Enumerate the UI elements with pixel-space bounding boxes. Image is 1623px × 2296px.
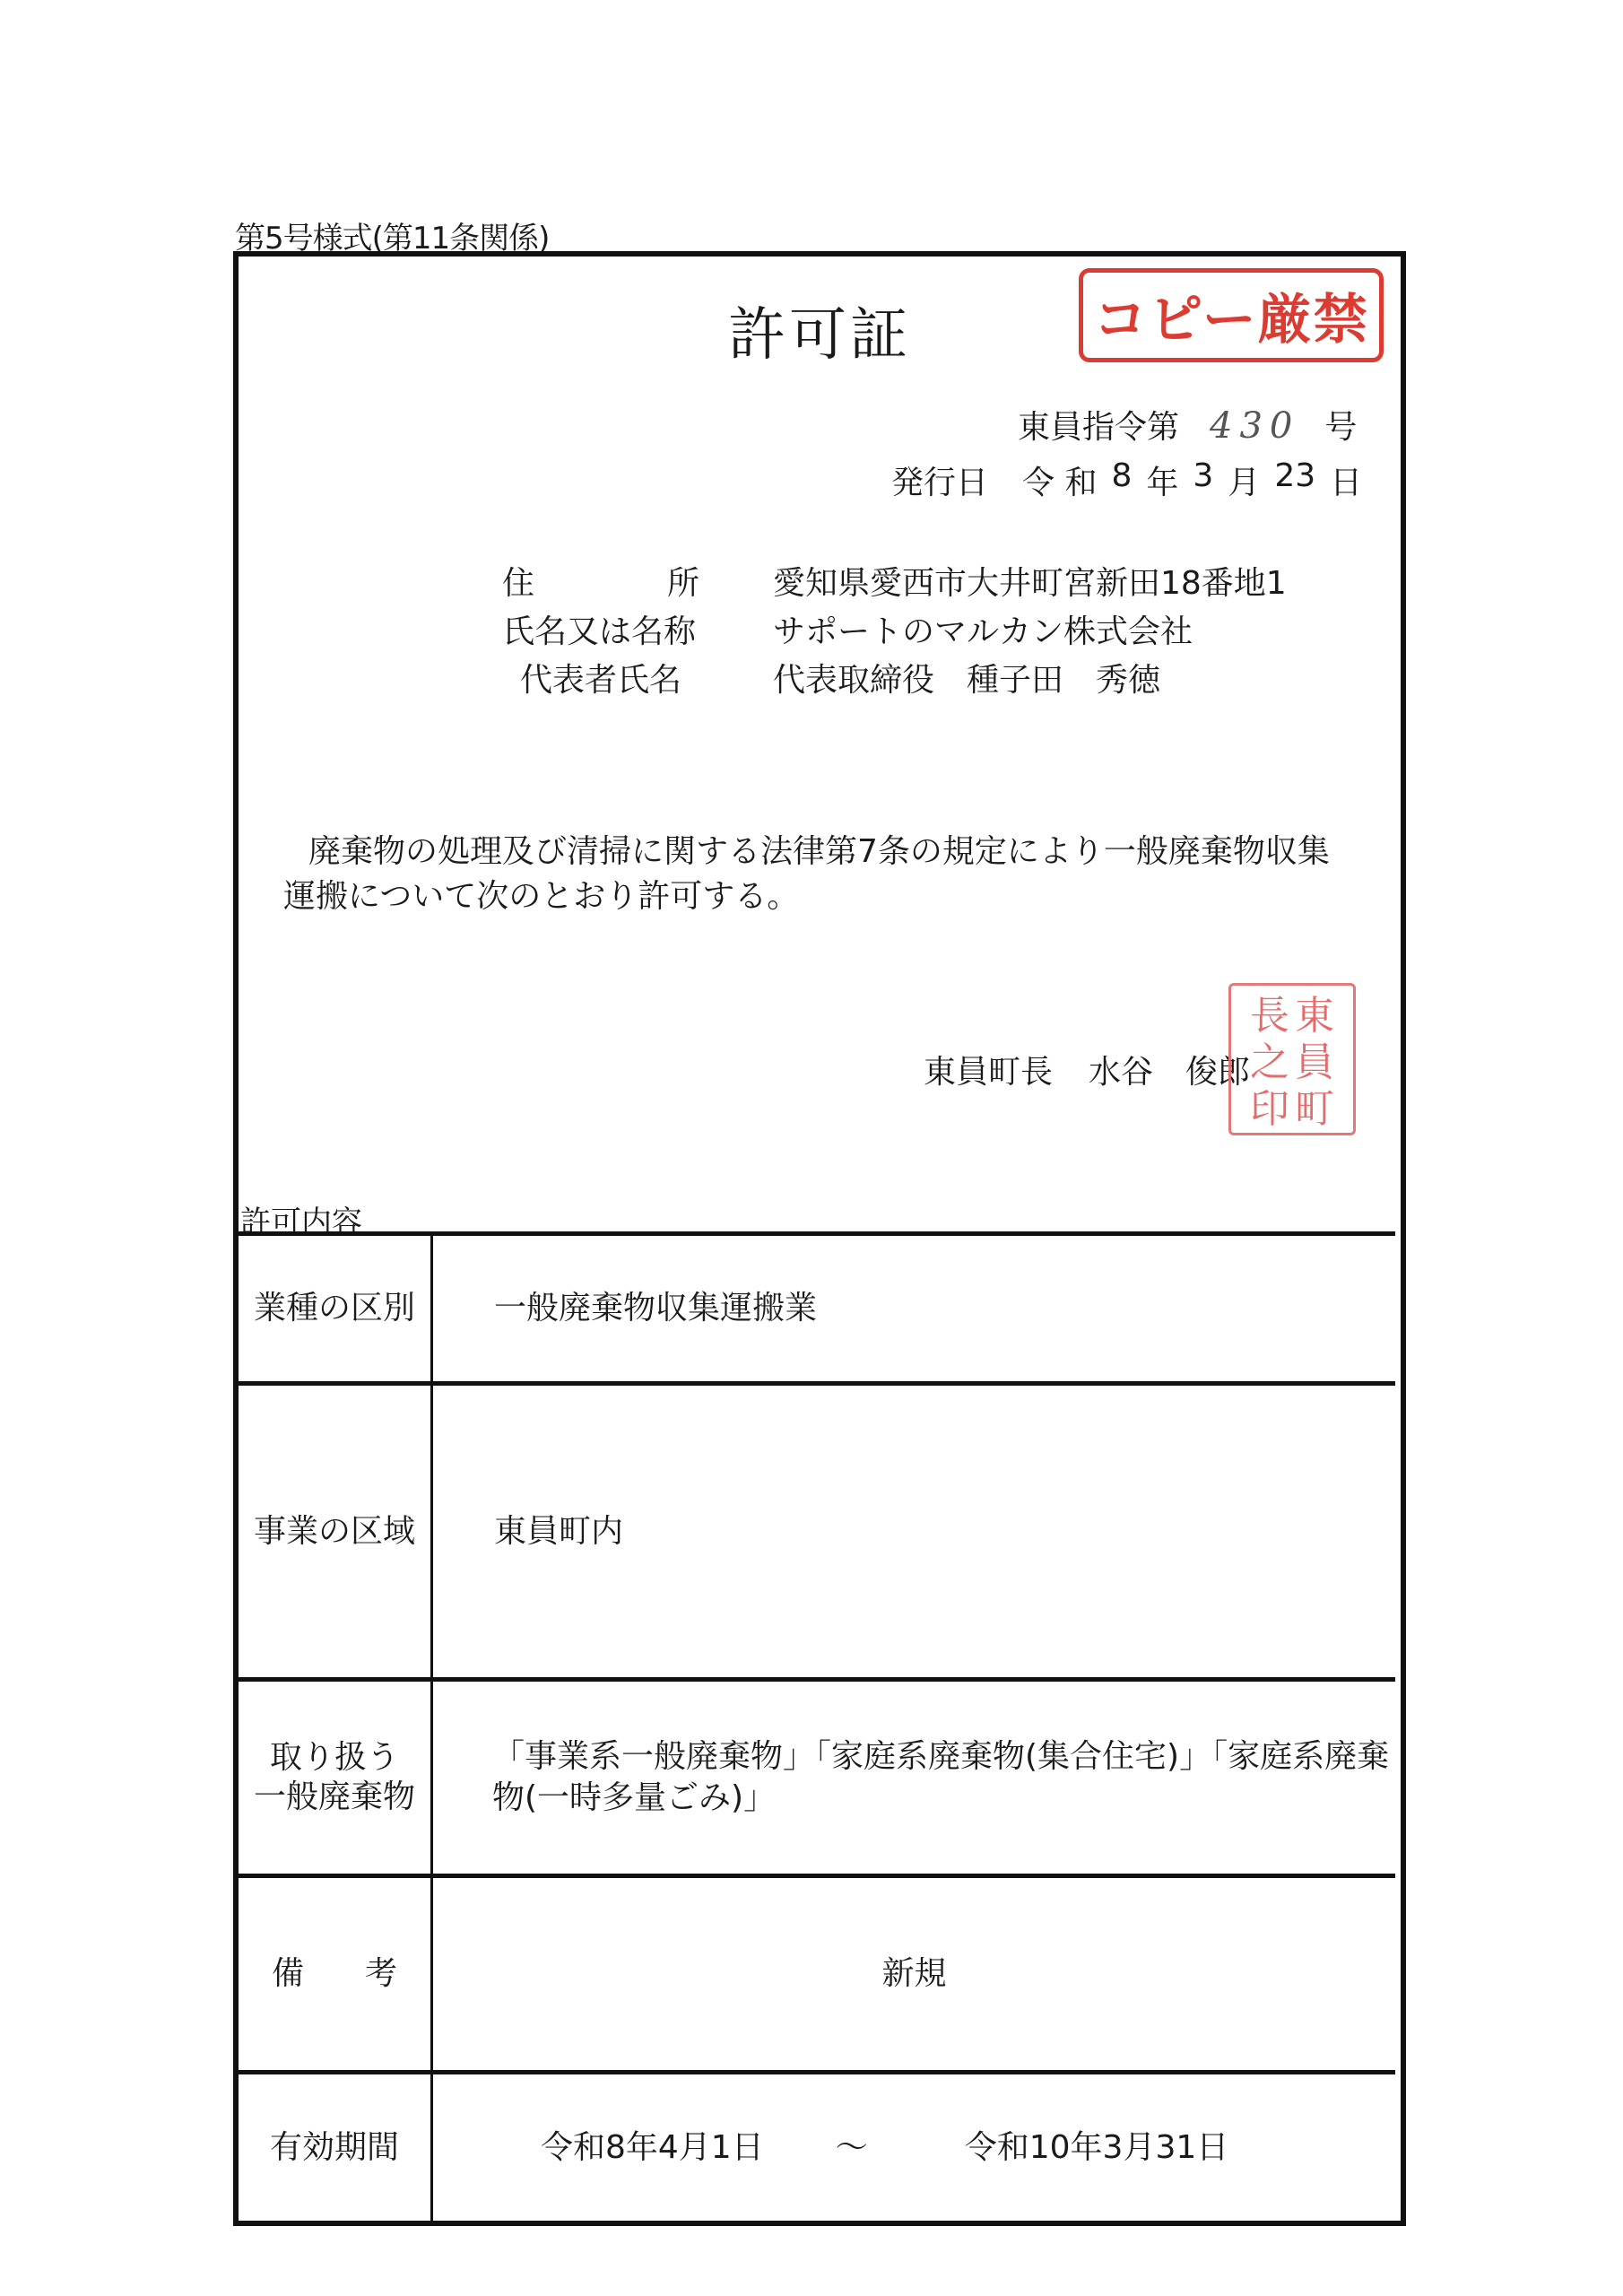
seal-char: 東 — [1295, 993, 1334, 1039]
seal-right-column: 東 員 町 — [1295, 993, 1334, 1133]
table-row: 有効期間 令和8年4月1日 ～ 令和10年3月31日 — [239, 2073, 1395, 2222]
document-title: 許可証 — [728, 289, 911, 371]
address-label: 住 所 — [502, 558, 699, 604]
name-row: 氏名又は名称 サポートのマルカン株式会社 — [502, 606, 1193, 652]
permit-statement: 廃棄物の処理及び清掃に関する法律第7条の規定により一般廃棄物収集運搬について次の… — [283, 830, 1359, 919]
issue-month-unit: 月 — [1228, 457, 1260, 503]
remarks-label: 備 考 — [239, 1876, 432, 2073]
remarks-label-text: 備 考 — [272, 1954, 397, 1994]
business-type-value: 一般廃棄物収集運搬業 — [432, 1234, 1396, 1384]
table-row: 取り扱う 一般廃棄物 「事業系一般廃棄物」「家庭系廃棄物(集合住宅)」「家庭系廃… — [239, 1680, 1395, 1876]
remarks-label-part: 備 — [272, 1954, 304, 1994]
address-row: 住 所 愛知県愛西市大井町宮新田18番地1 — [502, 558, 1287, 604]
issue-date: 発行日 令 和 8 年 3 月 23 日 — [891, 457, 1362, 503]
issuer-name: 水谷 俊郎 — [1089, 1047, 1250, 1092]
seal-left-column: 長 之 印 — [1250, 993, 1289, 1133]
issue-day-unit: 日 — [1330, 457, 1362, 503]
seal-char: 員 — [1295, 1039, 1334, 1086]
issuer: 東員町長 水谷 俊郎 — [924, 1047, 1250, 1092]
table-row: 事業の区域 東員町内 — [239, 1384, 1395, 1680]
copy-prohibited-stamp: コピー厳禁 — [1079, 268, 1384, 362]
waste-handled-label-line1: 取り扱う — [239, 1738, 430, 1778]
waste-handled-value: 「事業系一般廃棄物」「家庭系廃棄物(集合住宅)」「家庭系廃棄物(一時多量ごみ)」 — [432, 1680, 1396, 1876]
seal-char: 長 — [1250, 993, 1289, 1039]
business-area-label: 事業の区域 — [239, 1384, 432, 1680]
name-value: サポートのマルカン株式会社 — [773, 606, 1193, 652]
remarks-value: 新規 — [432, 1876, 1396, 2073]
address-label-part: 住 — [502, 558, 534, 604]
representative-label: 代表者氏名 — [502, 655, 773, 700]
representative-value: 代表取締役 種子田 秀徳 — [773, 655, 1160, 700]
waste-handled-label: 取り扱う 一般廃棄物 — [239, 1680, 432, 1876]
validity-from: 令和8年4月1日 — [541, 2127, 764, 2169]
business-area-value: 東員町内 — [432, 1384, 1396, 1680]
issue-year-unit: 年 — [1146, 457, 1178, 503]
validity-period-value: 令和8年4月1日 ～ 令和10年3月31日 — [432, 2073, 1396, 2222]
seal-char: 町 — [1295, 1086, 1334, 1133]
validity-period-label: 有効期間 — [239, 2073, 432, 2222]
validity-to: 令和10年3月31日 — [965, 2127, 1229, 2169]
order-suffix: 号 — [1324, 402, 1357, 448]
table-row: 備 考 新規 — [239, 1876, 1395, 2073]
address-value: 愛知県愛西市大井町宮新田18番地1 — [773, 558, 1287, 604]
order-prefix: 東員指令第 — [1018, 402, 1179, 448]
validity-range: 令和8年4月1日 ～ 令和10年3月31日 — [433, 2127, 1395, 2169]
issue-era: 令 和 — [1022, 457, 1097, 503]
business-type-label: 業種の区別 — [239, 1234, 432, 1384]
name-label: 氏名又は名称 — [502, 606, 773, 652]
order-number: 東員指令第 430 号 — [1018, 402, 1357, 448]
seal-char: 之 — [1250, 1039, 1289, 1086]
table-row: 業種の区別 一般廃棄物収集運搬業 — [239, 1234, 1395, 1384]
waste-handled-label-line2: 一般廃棄物 — [239, 1778, 430, 1817]
representative-row: 代表者氏名 代表取締役 種子田 秀徳 — [502, 655, 1160, 700]
address-label-part: 所 — [667, 558, 699, 604]
permit-contents-table: 業種の区別 一般廃棄物収集運搬業 事業の区域 東員町内 取り扱う 一般廃棄物 「… — [239, 1231, 1395, 2222]
seal-char: 印 — [1250, 1086, 1289, 1133]
issue-day: 23 — [1274, 457, 1315, 503]
issue-month: 3 — [1193, 457, 1213, 503]
issue-year: 8 — [1111, 457, 1132, 503]
remarks-label-part: 考 — [365, 1954, 397, 1994]
issuer-title: 東員町長 — [924, 1047, 1053, 1092]
order-number-value: 430 — [1210, 405, 1299, 447]
official-seal: 東 員 町 長 之 印 — [1228, 983, 1356, 1135]
issue-date-label: 発行日 — [891, 457, 988, 503]
validity-separator: ～ — [836, 2127, 868, 2169]
